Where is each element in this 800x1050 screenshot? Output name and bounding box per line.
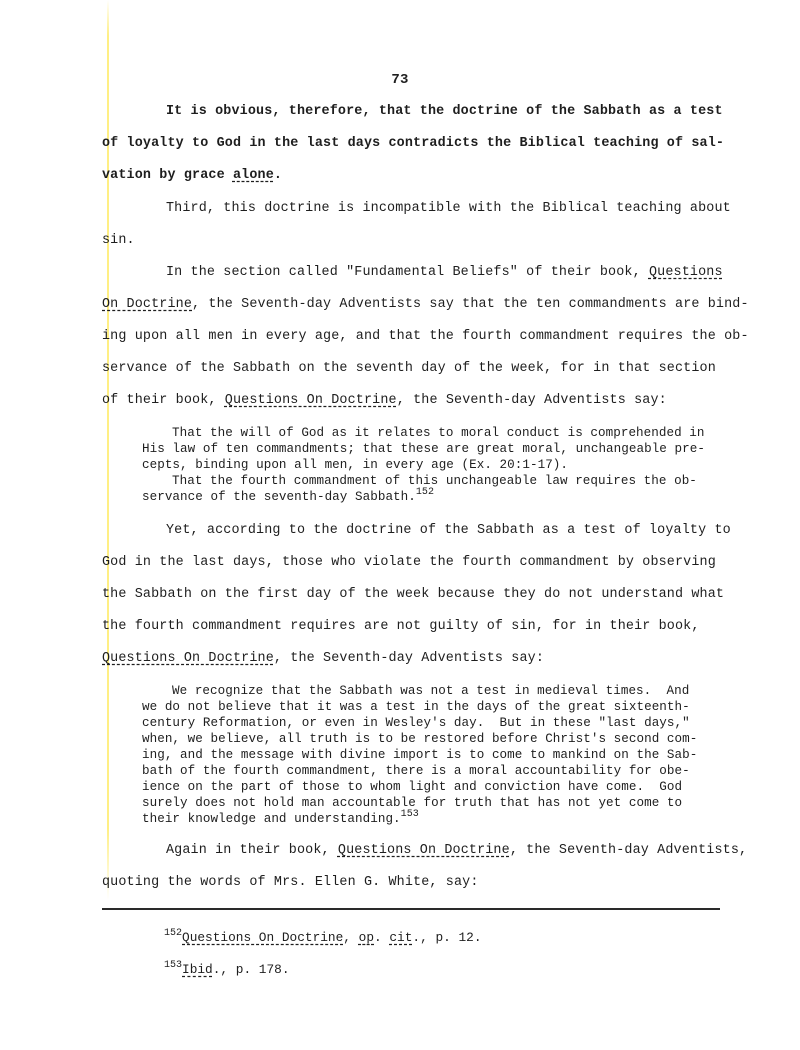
- paragraph-3-text: In the section called "Fundamental Belie…: [166, 265, 649, 280]
- footnote-152: 152Questions On Doctrine, op. cit., p. 1…: [164, 930, 482, 946]
- footnote-ref-152[interactable]: 152: [416, 487, 434, 498]
- footnote-153: 153Ibid., p. 178.: [164, 962, 290, 978]
- quote-2-line-1: We recognize that the Sabbath was not a …: [172, 683, 689, 699]
- paragraph-4-line-1: Yet, according to the doctrine of the Sa…: [166, 523, 731, 539]
- book-title: Questions On Doctrine: [225, 393, 397, 408]
- quote-2-text: their knowledge and understanding.: [142, 812, 401, 826]
- footnote-ref-153[interactable]: 153: [401, 809, 419, 820]
- paragraph-4-line-2: God in the last days, those who violate …: [102, 555, 716, 571]
- paragraph-2-line-2: sin.: [102, 233, 135, 249]
- footnote-title: Ibid: [182, 962, 213, 977]
- quote-1-line-2: His law of ten commandments; that these …: [142, 441, 705, 457]
- footnote-op: op: [359, 930, 374, 945]
- paragraph-3-line-1: In the section called "Fundamental Belie…: [166, 265, 723, 281]
- paragraph-3-line-2: On Doctrine, the Seventh-day Adventists …: [102, 297, 749, 313]
- footnote-number: 153: [164, 960, 182, 971]
- book-title: Questions On Doctrine: [338, 843, 510, 858]
- paragraph-3-text: of their book,: [102, 393, 225, 408]
- paragraph-5-line-1: Again in their book, Questions On Doctri…: [166, 843, 747, 859]
- quote-1-line-1: That the will of God as it relates to mo…: [172, 425, 705, 441]
- quote-1-line-4: That the fourth commandment of this unch…: [172, 473, 697, 489]
- paragraph-2-line-1: Third, this doctrine is incompatible wit…: [166, 201, 731, 217]
- quote-2-line-6: bath of the fourth commandment, there is…: [142, 763, 690, 779]
- paragraph-1-text: vation by grace: [102, 168, 233, 183]
- paragraph-3-text: , the Seventh-day Adventists say:: [397, 393, 667, 408]
- footnote-text: ., p. 178.: [213, 962, 290, 977]
- quote-2-line-2: we do not believe that it was a test in …: [142, 699, 690, 715]
- paragraph-3-line-5: of their book, Questions On Doctrine, th…: [102, 393, 667, 409]
- paragraph-4-line-3: the Sabbath on the first day of the week…: [102, 587, 724, 603]
- quote-1-text: servance of the seventh-day Sabbath.: [142, 490, 416, 504]
- footnote-title: Questions On Doctrine: [182, 930, 343, 945]
- footnote-text: .: [374, 930, 389, 945]
- paragraph-3-text: , the Seventh-day Adventists say that th…: [192, 297, 749, 312]
- footnote-separator: [102, 908, 720, 910]
- quote-1-line-3: cepts, binding upon all men, in every ag…: [142, 457, 568, 473]
- quote-2-line-7: ience on the part of those to whom light…: [142, 779, 682, 795]
- paragraph-1-line-1: It is obvious, therefore, that the doctr…: [166, 104, 723, 120]
- paragraph-5-text: , the Seventh-day Adventists,: [510, 843, 747, 858]
- page-number: 73: [0, 72, 800, 88]
- paragraph-1-tail: .: [274, 168, 282, 183]
- footnote-text: ,: [343, 930, 358, 945]
- quote-2-line-9: their knowledge and understanding.153: [142, 811, 419, 827]
- paragraph-4-text: , the Seventh-day Adventists say:: [274, 651, 544, 666]
- book-title: On Doctrine: [102, 297, 192, 312]
- paragraph-1-line-3: vation by grace alone.: [102, 168, 282, 184]
- emphasis-alone: alone: [233, 168, 274, 183]
- scan-margin-mark: [107, 0, 109, 900]
- quote-2-line-4: when, we believe, all truth is to be res…: [142, 731, 697, 747]
- quote-1-line-5: servance of the seventh-day Sabbath.152: [142, 489, 434, 505]
- footnote-number: 152: [164, 928, 182, 939]
- footnote-text: ., p. 12.: [412, 930, 481, 945]
- paragraph-4-line-5: Questions On Doctrine, the Seventh-day A…: [102, 651, 544, 667]
- book-title: Questions: [649, 265, 723, 280]
- paragraph-5-text: Again in their book,: [166, 843, 338, 858]
- paragraph-5-line-2: quoting the words of Mrs. Ellen G. White…: [102, 875, 479, 891]
- paragraph-1-line-2: of loyalty to God in the last days contr…: [102, 136, 724, 152]
- book-title: Questions On Doctrine: [102, 651, 274, 666]
- paragraph-4-line-4: the fourth commandment requires are not …: [102, 619, 700, 635]
- quote-2-line-3: century Reformation, or even in Wesley's…: [142, 715, 690, 731]
- paragraph-3-line-3: ing upon all men in every age, and that …: [102, 329, 749, 345]
- footnote-cit: cit: [389, 930, 412, 945]
- paragraph-3-line-4: servance of the Sabbath on the seventh d…: [102, 361, 716, 377]
- quote-2-line-5: ing, and the message with divine import …: [142, 747, 697, 763]
